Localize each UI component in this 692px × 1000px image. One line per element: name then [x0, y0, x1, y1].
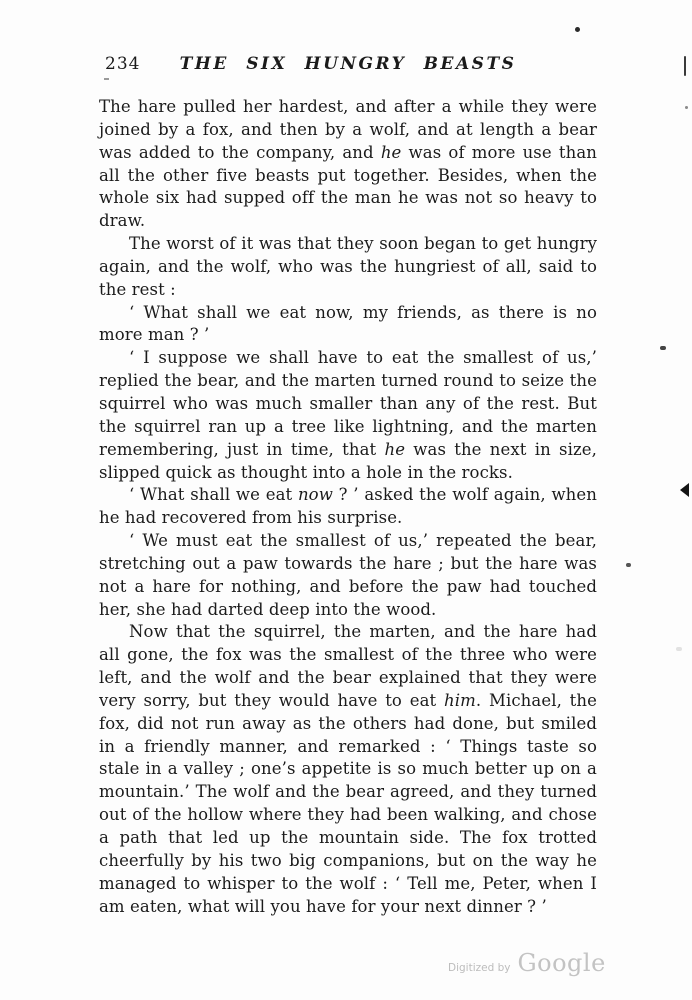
scan-artifact-dash: [104, 78, 109, 80]
italic-text: he: [384, 440, 405, 459]
text-run: . Michael, the fox, did not run away as …: [99, 691, 597, 916]
italic-text: now: [298, 485, 333, 504]
scan-artifact-dot: [685, 106, 688, 109]
scan-artifact-tick: [684, 56, 686, 76]
page-number: 234: [105, 54, 140, 74]
scan-artifact-dot: [575, 27, 580, 32]
scan-artifact-speck: [676, 647, 682, 651]
scan-artifact-triangle: [680, 483, 689, 497]
text-run: ‘ We must eat the smallest of us,’ repea…: [99, 531, 597, 619]
paragraph: Now that the squirrel, the marten, and t…: [99, 621, 597, 918]
scan-artifact-dot: [626, 563, 631, 567]
page-text: The hare pulled her hardest, and after a…: [99, 96, 597, 918]
paragraph: ‘ We must eat the smallest of us,’ repea…: [99, 530, 597, 621]
paragraph: ‘ What shall we eat now ? ’ asked the wo…: [99, 484, 597, 530]
paragraph: ‘ What shall we eat now, my friends, as …: [99, 302, 597, 348]
digitized-by-label: Digitized by: [448, 962, 510, 974]
paragraph: ‘ I suppose we shall have to eat the sma…: [99, 347, 597, 484]
text-run: ‘ What shall we eat now, my friends, as …: [99, 303, 597, 345]
page-header: 234 THE SIX HUNGRY BEASTS: [99, 54, 597, 76]
digitization-watermark: Digitized by Google: [448, 949, 606, 977]
paragraph: The worst of it was that they soon began…: [99, 233, 597, 302]
running-title: THE SIX HUNGRY BEASTS: [99, 54, 597, 74]
italic-text: he: [381, 143, 402, 162]
paragraph: The hare pulled her hardest, and after a…: [99, 96, 597, 233]
book-page: 234 THE SIX HUNGRY BEASTS The hare pulle…: [99, 54, 597, 918]
google-logo: Google: [517, 949, 605, 977]
scan-artifact-dot: [660, 346, 666, 350]
text-run: ‘ What shall we eat: [129, 485, 298, 504]
italic-text: him: [444, 691, 476, 710]
text-run: The worst of it was that they soon began…: [99, 234, 597, 299]
